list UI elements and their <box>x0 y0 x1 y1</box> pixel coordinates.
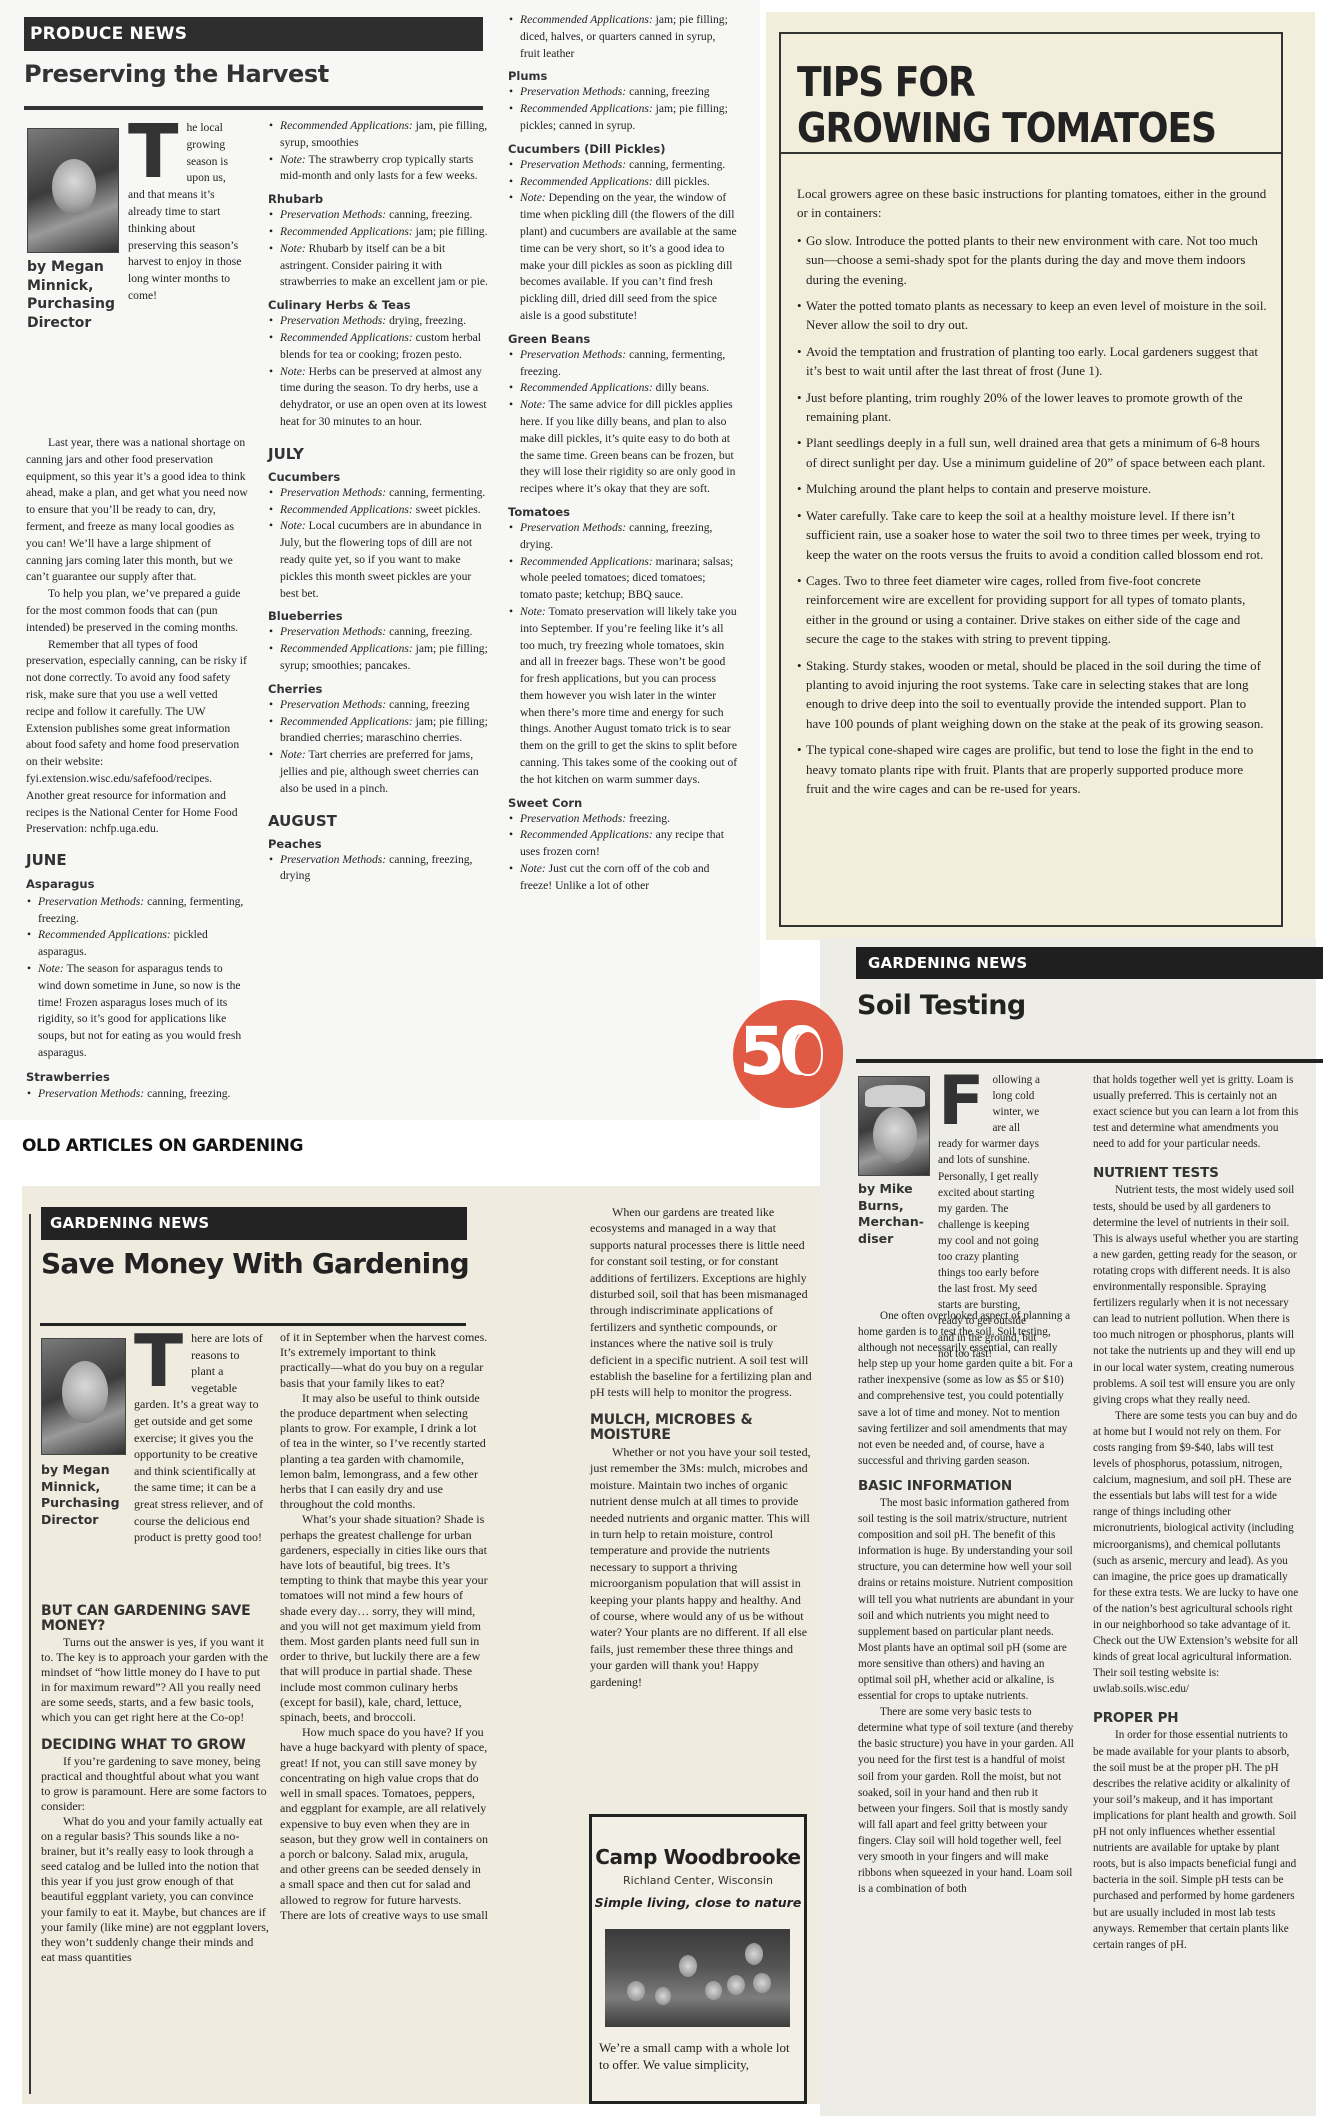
drop-cap: F <box>938 1074 984 1130</box>
author-byline: by Mike Burns, Merchan- diser <box>858 1181 930 1247</box>
crop-heading: Green Beans <box>508 332 738 346</box>
save-money-column-1: BUT CAN GARDENING SAVE MONEY? Turns out … <box>41 1598 269 1965</box>
crop-heading: Cherries <box>268 682 490 696</box>
soil-column-1: One often overlooked aspect of planning … <box>858 1308 1074 1897</box>
crop-heading: Culinary Herbs & Teas <box>268 298 490 312</box>
drop-cap: T <box>128 122 178 182</box>
tip-item: Water carefully. Take care to keep the s… <box>797 506 1267 564</box>
camp-location: Richland Center, Wisconsin <box>592 1874 804 1887</box>
crop-details: Preservation Methods: canning, freezing.… <box>268 624 490 674</box>
month-heading-july: JULY <box>268 445 490 463</box>
subheading-nutrient-tests: NUTRIENT TESTS <box>1093 1166 1301 1181</box>
crop-heading: Plums <box>508 69 738 83</box>
tomato-tips-title: TIPS FOR GROWING TOMATOES <box>797 59 1216 151</box>
soil-column-2: that holds together well yet is gritty. … <box>1093 1072 1301 1953</box>
section-label: GARDENING NEWS <box>856 947 1323 979</box>
tip-item: Mulching around the plant helps to conta… <box>797 479 1267 498</box>
crop-details: Preservation Methods: canning, fermentin… <box>26 894 248 1062</box>
tip-item: The typical cone-shaped wire cages are p… <box>797 740 1267 798</box>
tips-list: Go slow. Introduce the potted plants to … <box>797 231 1267 799</box>
camp-description: We’re a small camp with a whole lot to o… <box>599 2039 799 2073</box>
harvest-column-3: Recommended Applications: jam; pie filli… <box>508 12 738 895</box>
soil-testing-article: GARDENING NEWS Soil Testing by Mike Burn… <box>820 938 1316 2116</box>
author-photo <box>858 1076 930 1176</box>
crop-heading: Tomatoes <box>508 505 738 519</box>
subheading-can-gardening-save-money: BUT CAN GARDENING SAVE MONEY? <box>41 1604 269 1634</box>
title-divider <box>24 106 483 110</box>
crop-details: Preservation Methods: canning, freezing … <box>268 697 490 798</box>
tip-item: Just before planting, trim roughly 20% o… <box>797 388 1267 427</box>
crop-heading: Rhubarb <box>268 192 490 206</box>
crop-heading: Peaches <box>268 837 490 851</box>
author-byline: by Megan Minnick, Purchasing Director <box>27 258 119 332</box>
tomato-tips-box: TIPS FOR GROWING TOMATOES Local growers … <box>766 12 1315 940</box>
crop-details: Preservation Methods: drying, freezing. … <box>268 313 490 431</box>
author-byline: by Megan Minnick, Purchasing Director <box>41 1462 129 1528</box>
tomato-tips-content: Local growers agree on these basic instr… <box>797 184 1267 805</box>
section-label: GARDENING NEWS <box>41 1207 467 1240</box>
crop-details: Preservation Methods: canning, freezing.… <box>268 207 490 291</box>
tips-intro: Local growers agree on these basic instr… <box>797 184 1267 223</box>
crop-heading: Strawberries <box>26 1069 248 1086</box>
crop-details: Preservation Methods: freezing. Recommen… <box>508 811 738 895</box>
section-label: PRODUCE NEWS <box>24 17 483 51</box>
tip-item: Avoid the temptation and frustration of … <box>797 342 1267 381</box>
tip-item: Water the potted tomato plants as necess… <box>797 296 1267 335</box>
subheading-mulch-microbes-moisture: MULCH, MICROBES & MOISTURE <box>590 1413 812 1443</box>
crop-heading: Cucumbers (Dill Pickles) <box>508 142 738 156</box>
crop-details: Preservation Methods: canning, freezing,… <box>268 852 490 886</box>
willy-street-50-logo: 50 willy street co-op <box>733 1000 843 1108</box>
preserving-harvest-article: PRODUCE NEWS Preserving the Harvest by M… <box>0 0 760 1120</box>
article-title: Preserving the Harvest <box>24 60 329 88</box>
camp-photo <box>605 1929 790 2027</box>
crop-details: Preservation Methods: canning, freezing,… <box>508 520 738 789</box>
intro-text-narrow: The local growing season is upon us, and… <box>128 120 245 305</box>
intro-text-narrow: There are lots of reasons to plant a veg… <box>134 1330 264 1546</box>
crop-details: Recommended Applications: jam; pie filli… <box>508 12 738 62</box>
crop-details: Preservation Methods: canning, fermentin… <box>268 485 490 603</box>
tip-item: Plant seedlings deeply in a full sun, we… <box>797 433 1267 472</box>
crop-details: Preservation Methods: canning, fermentin… <box>508 347 738 498</box>
tip-item: Go slow. Introduce the potted plants to … <box>797 231 1267 289</box>
crop-details: Recommended Applications: jam, pie filli… <box>268 118 490 185</box>
author-photo <box>41 1338 126 1455</box>
tip-item: Staking. Sturdy stakes, wooden or metal,… <box>797 656 1267 734</box>
camp-tagline: Simple living, close to nature <box>592 1895 804 1910</box>
harvest-column-2: Recommended Applications: jam, pie filli… <box>268 118 490 885</box>
drop-cap: T <box>134 1332 183 1390</box>
save-money-column-3: When our gardens are treated like ecosys… <box>590 1204 812 1690</box>
camp-name: Camp Woodbrooke <box>592 1845 804 1869</box>
old-articles-heading: OLD ARTICLES ON GARDENING <box>22 1136 303 1156</box>
crop-details: Preservation Methods: canning, freezing … <box>508 84 738 134</box>
tip-item: Cages. Two to three feet diameter wire c… <box>797 571 1267 649</box>
mascot-icon <box>793 1030 823 1076</box>
subheading-basic-information: BASIC INFORMATION <box>858 1479 1074 1494</box>
camp-woodbrooke-ad[interactable]: Camp Woodbrooke Richland Center, Wiscons… <box>589 1814 807 2104</box>
author-photo <box>27 128 119 253</box>
article-title: Soil Testing <box>857 990 1026 1021</box>
crop-heading: Sweet Corn <box>508 796 738 810</box>
subheading-deciding-what-to-grow: DECIDING WHAT TO GROW <box>41 1738 269 1753</box>
crop-heading: Blueberries <box>268 609 490 623</box>
crop-heading: Cucumbers <box>268 470 490 484</box>
crop-heading: Asparagus <box>26 876 248 893</box>
crop-details: Preservation Methods: canning, fermentin… <box>508 157 738 325</box>
save-money-column-2: of it in September when the harvest come… <box>280 1330 488 1923</box>
month-heading-june: JUNE <box>26 852 248 869</box>
article-title: Save Money With Gardening <box>41 1247 469 1280</box>
title-divider <box>856 1059 1323 1063</box>
intro-text-body: Last year, there was a national shortage… <box>26 435 248 1103</box>
column-rule <box>29 1214 31 2094</box>
logo-text: willy street co-op <box>755 1078 769 1091</box>
crop-details: Preservation Methods: canning, freezing. <box>26 1086 248 1103</box>
title-divider <box>40 1323 466 1326</box>
month-heading-august: AUGUST <box>268 812 490 830</box>
subheading-proper-ph: PROPER PH <box>1093 1711 1301 1726</box>
